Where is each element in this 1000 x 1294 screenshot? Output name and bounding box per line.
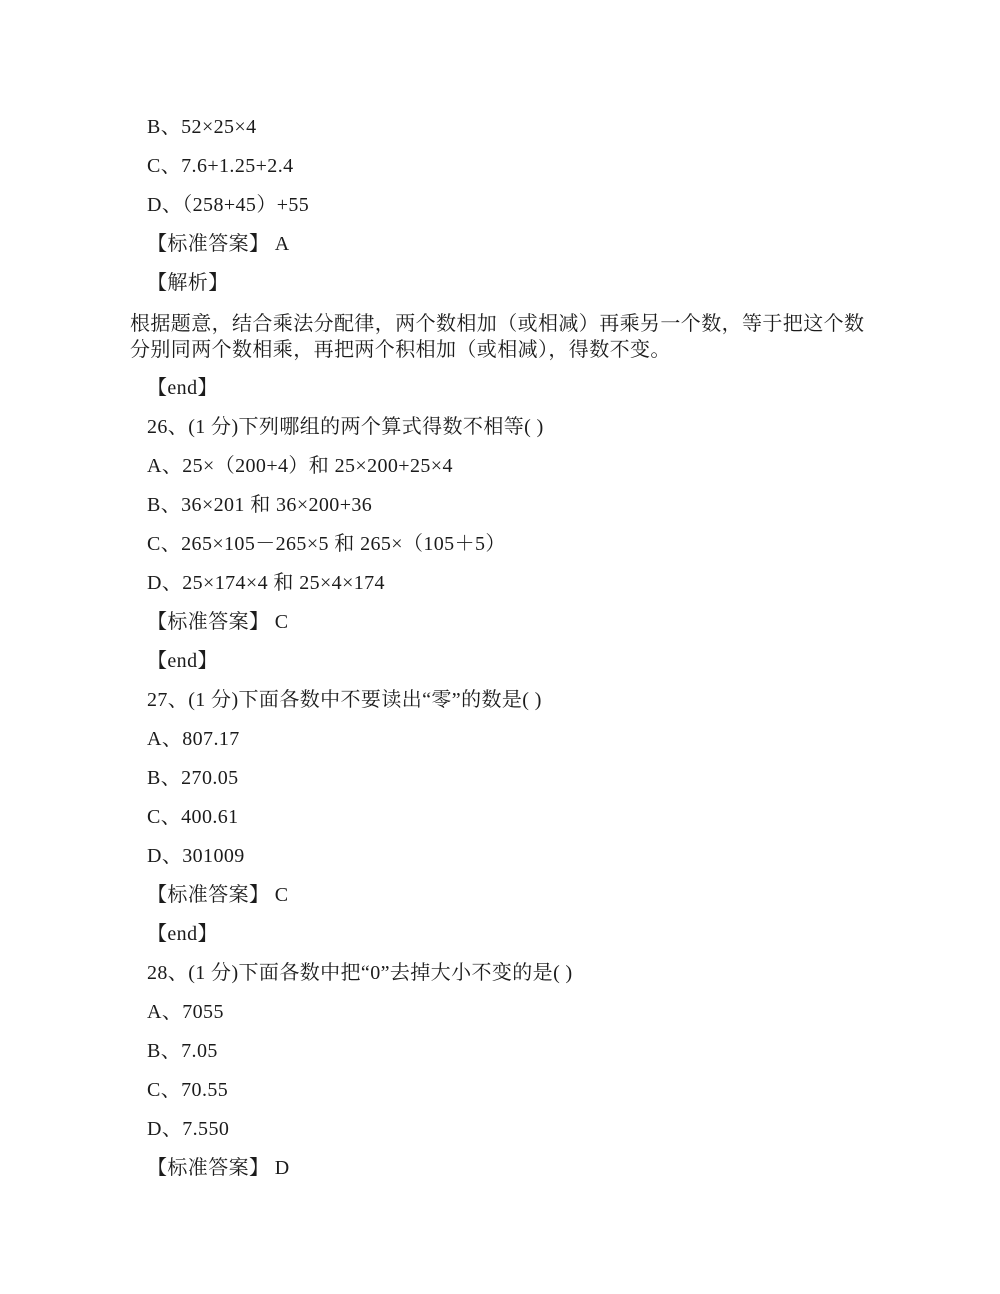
option-line: C、70.55 (130, 1079, 872, 1101)
option-line: D、301009 (130, 845, 872, 867)
option-line: B、36×201 和 36×200+36 (130, 494, 872, 516)
question-stem: 26、(1 分)下列哪组的两个算式得数不相等( ) (130, 416, 872, 438)
answer-line: 【标准答案】 C (130, 611, 872, 633)
end-marker: 【end】 (130, 650, 872, 672)
answer-line: 【标准答案】 A (130, 233, 872, 255)
option-line: A、7055 (130, 1001, 872, 1023)
option-line: B、270.05 (130, 767, 872, 789)
option-line: D、（258+45）+55 (130, 194, 872, 216)
exam-document-page: B、52×25×4 C、7.6+1.25+2.4 D、（258+45）+55 【… (0, 0, 1000, 1294)
answer-line: 【标准答案】 C (130, 884, 872, 906)
question-28: 28、(1 分)下面各数中把“0”去掉大小不变的是( ) A、7055 B、7.… (130, 962, 872, 1179)
analysis-label: 【解析】 (130, 272, 872, 294)
question-stem: 28、(1 分)下面各数中把“0”去掉大小不变的是( ) (130, 962, 872, 984)
answer-line: 【标准答案】 D (130, 1157, 872, 1179)
document-content: B、52×25×4 C、7.6+1.25+2.4 D、（258+45）+55 【… (130, 116, 872, 1196)
option-line: A、25×（200+4）和 25×200+25×4 (130, 455, 872, 477)
option-line: C、400.61 (130, 806, 872, 828)
option-line: A、807.17 (130, 728, 872, 750)
analysis-text: 根据题意，结合乘法分配律，两个数相加（或相减）再乘另一个数，等于把这个数分别同两… (130, 311, 872, 363)
option-line: B、52×25×4 (130, 116, 872, 138)
question-26: 26、(1 分)下列哪组的两个算式得数不相等( ) A、25×（200+4）和 … (130, 416, 872, 672)
end-marker: 【end】 (130, 923, 872, 945)
option-line: B、7.05 (130, 1040, 872, 1062)
option-line: D、25×174×4 和 25×4×174 (130, 572, 872, 594)
option-line: C、265×105－265×5 和 265×（105＋5） (130, 533, 872, 555)
option-line: C、7.6+1.25+2.4 (130, 155, 872, 177)
question-27: 27、(1 分)下面各数中不要读出“零”的数是( ) A、807.17 B、27… (130, 689, 872, 945)
end-marker: 【end】 (130, 377, 872, 399)
option-line: D、7.550 (130, 1118, 872, 1140)
question-stem: 27、(1 分)下面各数中不要读出“零”的数是( ) (130, 689, 872, 711)
